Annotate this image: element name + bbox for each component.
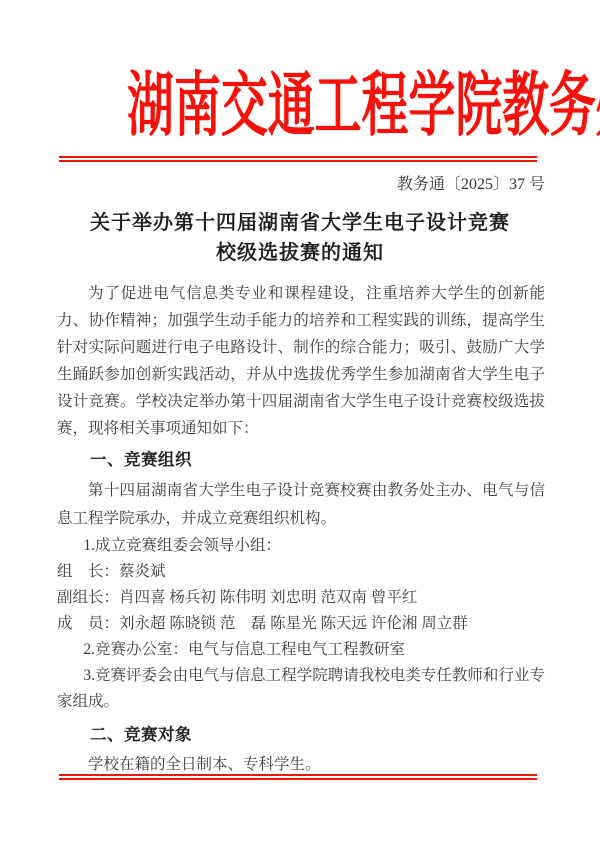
notice-body: 为了促进电气信息类专业和课程建设，注重培养大学生的创新能力、协作精神；加强学生动… — [57, 280, 545, 778]
org-jury-line: 3.竞赛评委会由电气与信息工程学院聘请我校电类专任教师和行业专家组成。 — [57, 663, 545, 715]
doc-number: 教务通〔2025〕37 号 — [57, 173, 545, 197]
org-leader-line: 组 长：蔡炎斌 — [57, 559, 545, 585]
red-divider-bottom — [59, 774, 537, 780]
notice-title: 关于举办第十四届湖南省大学生电子设计竞赛 校级选拔赛的通知 — [0, 208, 600, 268]
notice-document-page: 湖南交通工程学院教务处 教务通〔2025〕37 号 关于举办第十四届湖南省大学生… — [0, 0, 600, 848]
section2-heading: 二、竞赛对象 — [57, 722, 545, 748]
section1-heading: 一、竞赛组织 — [57, 447, 545, 473]
masthead: 湖南交通工程学院教务处 — [0, 62, 600, 152]
notice-title-line1: 关于举办第十四届湖南省大学生电子设计竞赛 — [0, 208, 600, 238]
red-divider-top — [59, 156, 537, 162]
masthead-title: 湖南交通工程学院教务处 — [127, 62, 600, 152]
org-deputy-leaders-line: 副组长：肖四喜 杨兵初 陈伟明 刘忠明 范双南 曾平红 — [57, 585, 545, 611]
org-committee-line: 1.成立竞赛组委会领导小组： — [57, 533, 545, 559]
intro-paragraph: 为了促进电气信息类专业和课程建设，注重培养大学生的创新能力、协作精神；加强学生动… — [57, 280, 545, 442]
notice-title-line2: 校级选拔赛的通知 — [0, 238, 600, 268]
org-office-line: 2.竞赛办公室：电气与信息工程电气工程教研室 — [57, 637, 545, 663]
section1-paragraph: 第十四届湖南省大学生电子设计竞赛校赛由教务处主办、电气与信息工程学院承办，并成立… — [57, 477, 545, 533]
org-members-line: 成 员：刘永超 陈晓锁 范 磊 陈星光 陈天远 许伦湘 周立群 — [57, 611, 545, 637]
